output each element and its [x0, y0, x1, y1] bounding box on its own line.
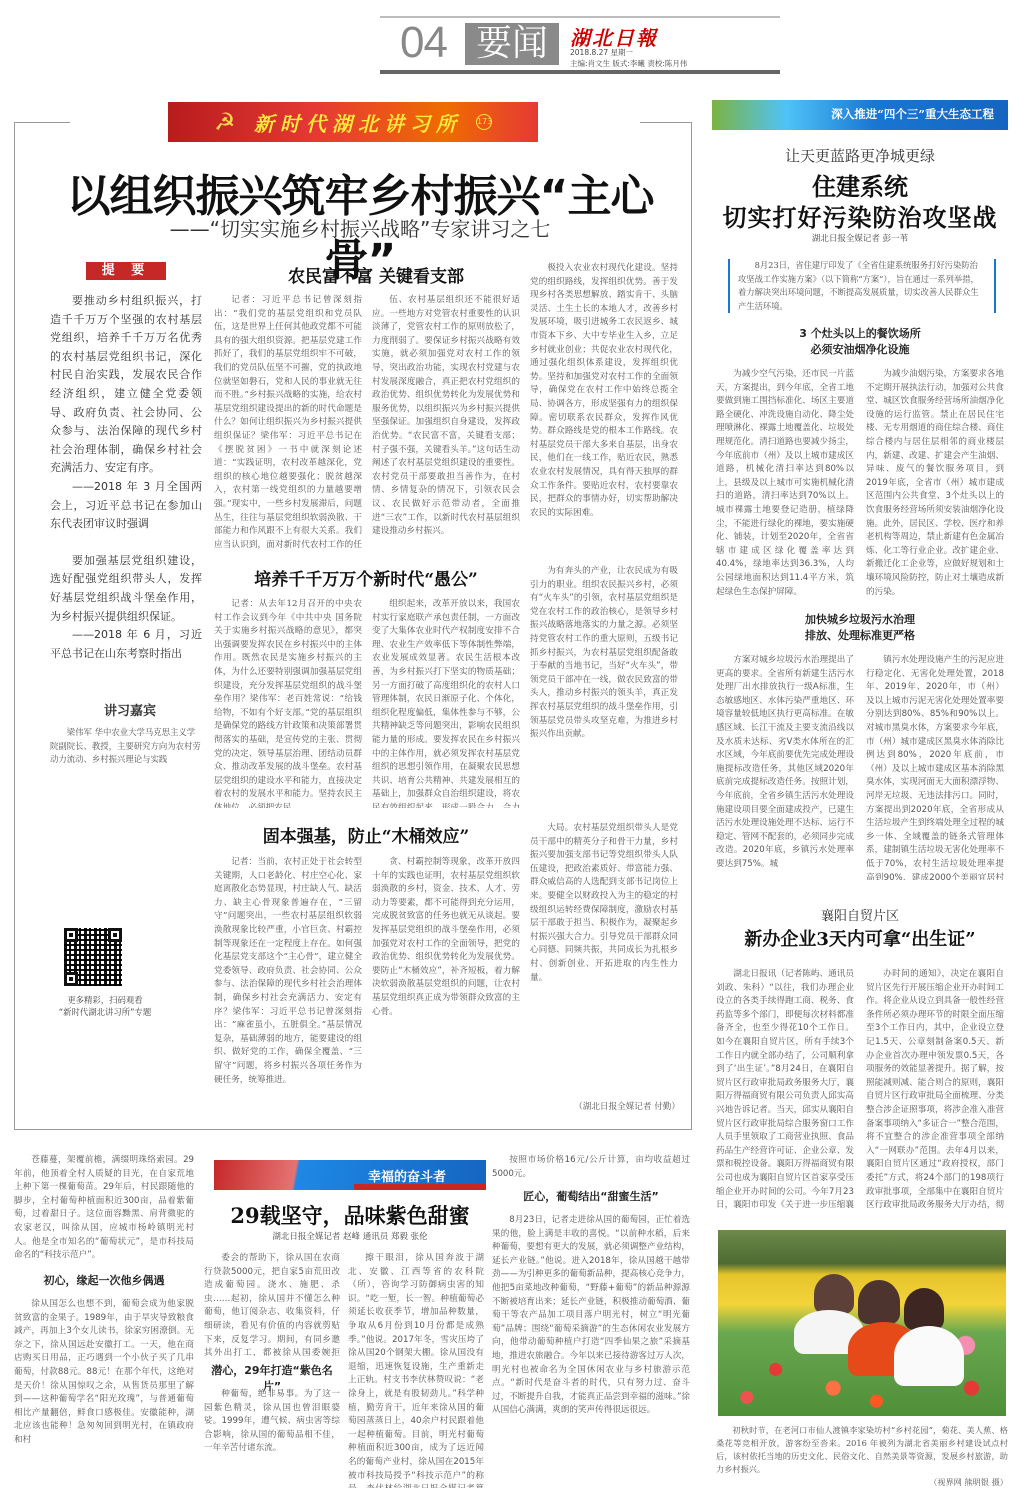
photo-caption-text: 初秋时节，在老河口市仙人渡镇李家染坊村“乡村花园”，菊花、美人蕉、格桑花等竞相开… — [716, 1425, 1008, 1474]
struggler-headline: 29载坚守，品味紫色甜蜜 — [200, 1200, 500, 1230]
section-label: 要闻 — [465, 23, 559, 65]
summary-quote: 要推动乡村组织振兴，打造千千万万个坚强的农村基层党组织，培养千千万万名优秀的农村… — [50, 292, 202, 478]
guest-label: 讲习嘉宾 — [70, 700, 190, 719]
frame-top-right — [640, 122, 692, 123]
editor-credits: 主编:肖文生 版式:李曦 责校:陈月伟 — [570, 58, 687, 69]
eco-subheading-line: 必须安油烟净化设施 — [712, 342, 1008, 358]
article-column: 种葡萄，绝非易事。为了这一园紫色精灵，徐从国也曾泪眼婆娑。1999年，遭气候、病… — [204, 1388, 340, 1488]
xiangyang-headline: 新办企业3天内可拿“出生证” — [712, 925, 1008, 951]
xiangyang-kicker: 襄阳自贸片区 — [712, 905, 1008, 924]
summary-quote: 要加强基层党组织建设，选好配强党组织带头人，发挥好基层党组织战斗堡垒作用，为乡村… — [50, 552, 202, 626]
article-column: 委会的帮助下，徐从国在农商行贷款5000元，把自家5亩荒田改造成葡萄园。浇水、施… — [204, 1252, 340, 1356]
struggler-banner-title: 幸福的奋斗者 — [368, 1166, 446, 1185]
eco-subheading-line: 排放、处理标准更严格 — [712, 628, 1008, 644]
masthead-thick-rule — [380, 70, 780, 74]
article-column: 8月23日，记者走进徐从国的葡萄园，正忙着选果的他，脸上满是丰收的喜悦。“以前种… — [492, 1214, 690, 1488]
summary-label: 提 要 — [86, 262, 166, 280]
qr-caption: 更多精彩，扫码观看 “新时代湖北讲习所”专题 — [44, 994, 166, 1018]
article-column: 伍、农村基层组织还不能很好适应。一些地方对党管农村重要性的认识淡薄了，党管农村工… — [372, 294, 520, 552]
column-issue-badge: 173 — [476, 114, 492, 130]
eco-byline: 湖北日报全媒记者 彭一苇 — [712, 232, 1008, 244]
article-column: 记者：习近平总书记曾深刻指出：“我们党的基层党组织和党员队伍，这是世界上任何其他… — [214, 294, 362, 552]
article-subheading: 初心，缘起一次他乡偶遇 — [14, 1272, 194, 1288]
page-number: 04 — [400, 20, 447, 66]
article-column: 为减少空气污染，还市民一片蓝天，方案提出，到今年底，全省工地要做到施工围挡标准化… — [716, 368, 854, 608]
struggler-byline: 湖北日报全媒记者 赵峰 通讯员 郑毅 张伦 — [200, 1230, 500, 1242]
eco-subheading-line: 3 个灶头以上的餐饮场所 — [712, 326, 1008, 342]
article-column: 镇污水处理设施产生的污泥应进行稳定化、无害化处理处置，2018年、2019年、2… — [866, 654, 1004, 880]
photo-person — [858, 1280, 900, 1324]
eco-subheading: 加快城乡垃圾污水治理 排放、处理标准更严格 — [712, 612, 1008, 644]
article-column: 极投入农业农村现代化建设。坚持党的组织路线，发挥组织优势。善于发现乡村各类思想解… — [530, 262, 678, 552]
qr-code[interactable] — [64, 928, 122, 986]
section-heading: 培养千千万万个新时代“愚公” — [216, 565, 516, 590]
section-heading: 农民富不富 关键看支部 — [216, 262, 536, 287]
summary-box: 要推动乡村组织振兴，打造千千万万个坚强的农村基层党组织，培养千千万万名优秀的农村… — [50, 292, 202, 663]
eco-headline-line2: 切实打好污染防治攻坚战 — [712, 198, 1008, 233]
column-banner: ☭ 新时代湖北讲习所 173 — [168, 102, 538, 142]
article-column: 擦干眼泪，徐从国奔波于湖北、安徽、江西等省的农科院（所），咨询学习防御病虫害的知… — [348, 1252, 484, 1488]
article-column: 湖北日报讯（记者陈屿、通讯员刘政、朱科）“以往，我们办理企业设立的各类手续得跑工… — [716, 968, 854, 1212]
feature-subheadline: ——“切实实施乡村振兴战略”专家讲习之七 — [40, 213, 680, 242]
article-column: 记者：当前，农村正处于社会转型关键期，人口老龄化、村庄空心化、家庭离散化态势显现… — [214, 856, 362, 1118]
article-column: 按照市场价格16元/公斤计算，亩均收益超过5000元。 — [492, 1154, 690, 1182]
party-emblem-icon: ☭ — [214, 109, 240, 135]
summary-source: ——2018 年 6 月，习近平总书记在山东考察时指出 — [50, 626, 202, 663]
article-column: 大局。农村基层党组织带头人是党员干部中的精英分子和骨干力量，乡村振兴要加强支部书… — [530, 822, 678, 1094]
eco-headline-line1: 住建系统 — [712, 167, 1008, 202]
photo-credit: （视界网 熊明银 摄） — [716, 1476, 1008, 1489]
frame-top-left — [14, 122, 70, 123]
eco-banner: 深入推进“四个三”重大生态工程 — [712, 100, 1008, 130]
eco-kicker: 让天更蓝路更净城更绿 — [712, 145, 1008, 166]
article-column: 苍藤蔓，架覆前檐，满缀明珠络索园。29年前，他顶着全村人质疑的目光，在自家荒地上… — [14, 1154, 194, 1266]
article-column: 为减少油烟污染，方案要求各地不定期开展执法行动，加强对公共食堂、城区饮食服务经营… — [866, 368, 1004, 608]
eco-lead: 8月23日，省住建厅印发了《全省住建系统服务打好污染防治攻坚战工作实施方案》（以… — [728, 259, 996, 313]
photo-person — [814, 1274, 854, 1314]
article-column: 为有奔头的产业，让农民成为有吸引力的职业。组织农民振兴乡村，必须有“火车头”的引… — [530, 565, 678, 808]
qr-caption-line: “新时代湖北讲习所”专题 — [44, 1006, 166, 1018]
article-subheading: 匠心，葡萄结出“甜蜜生活” — [492, 1188, 690, 1204]
section-heading: 固本强基，防止“木桶效应” — [216, 822, 516, 847]
article-column: 贪、村霸控制等现象，改革开放四十年的实践也证明，农村基层党组织软弱涣散的乡村，资… — [372, 856, 520, 1118]
article-column: 方案对城乡垃圾污水治理提出了更高的要求。全省所有新建生活污水处理厂出水排放执行一… — [716, 654, 854, 880]
photo-caption: 初秋时节，在老河口市仙人渡镇李家染坊村“乡村花园”，菊花、美人蕉、格桑花等竞相开… — [716, 1424, 1008, 1489]
photo-person — [894, 1326, 964, 1386]
column-banner-title: 新时代湖北讲习所 — [254, 108, 462, 137]
photo-person — [904, 1288, 944, 1330]
issue-date: 2018.8.27 星期一 — [570, 47, 633, 58]
article-column: 组织起来，改革开放以来，我国农村实行家庭联产承包责任制，一方面改变了大集体农业时… — [372, 598, 520, 808]
qr-caption-line: 更多精彩，扫码观看 — [44, 994, 166, 1006]
guest-bio: 梁伟军 华中农业大学马克思主义学院副院长、教授，主要研究方向为农村劳动力流动、乡… — [50, 726, 202, 767]
article-column: 记者：从去年12月召开的中央农村工作会议到今年《中共中央 国务院关于实施乡村振兴… — [214, 598, 362, 808]
struggler-banner: 幸福的奋斗者 — [214, 1160, 486, 1190]
article-column: 办时间的通知》，决定在襄阳自贸片区先行开展压缩企业开办时间工作。将企业从设立到具… — [866, 968, 1004, 1212]
news-photo-flower-garden — [718, 1230, 1006, 1416]
eco-banner-title: 深入推进“四个三”重大生态工程 — [831, 106, 994, 122]
summary-source: ——2018 年 3 月全国两会上，习近平总书记在参加山东代表团审议时强调 — [50, 478, 202, 534]
article-credit: （湖北日报全媒记者 付勤） — [530, 1100, 680, 1112]
eco-subheading-line: 加快城乡垃圾污水治理 — [712, 612, 1008, 628]
article-column: 徐从国怎么也想不到，葡萄会成为他家脱贫致富的金果子。1989年，由于旱灾导致粮食… — [14, 1298, 194, 1488]
eco-subheading: 3 个灶头以上的餐饮场所 必须安油烟净化设施 — [712, 326, 1008, 358]
